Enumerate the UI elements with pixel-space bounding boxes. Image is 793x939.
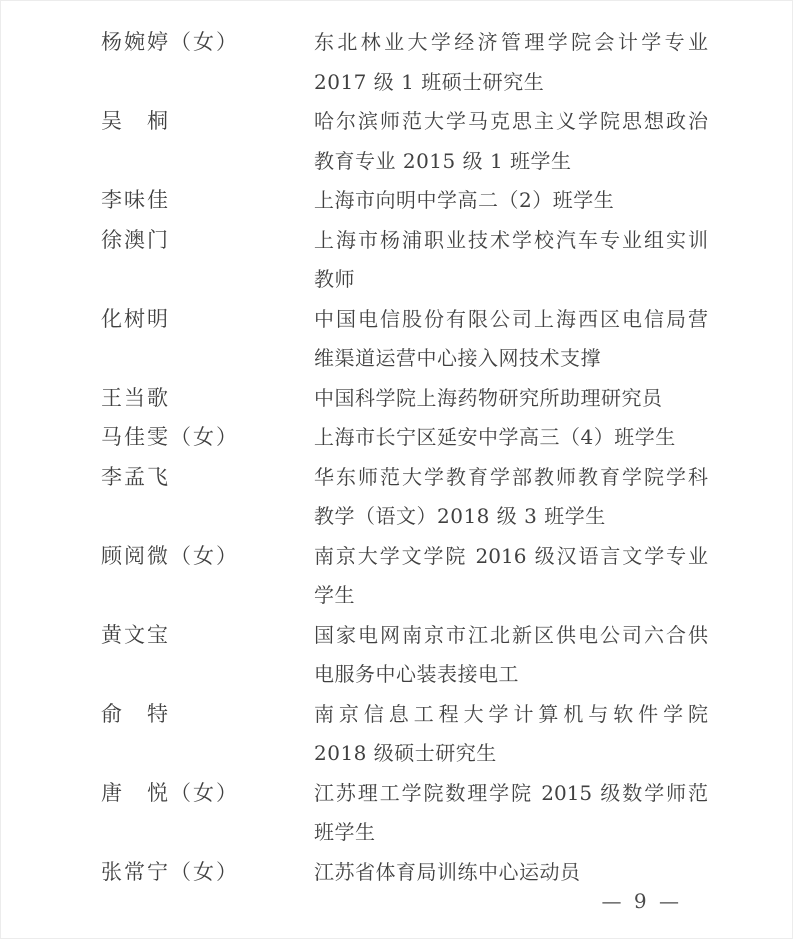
document-page: 杨婉婷（女） 东北林业大学经济管理学院会计学专业 2017 级 1 班硕士研究生… bbox=[0, 0, 793, 939]
affiliation-line: 班学生 bbox=[314, 813, 708, 853]
person-name: 化树明 bbox=[101, 300, 314, 340]
affiliation-line: 南京大学文学院 2016 级汉语言文学专业 bbox=[314, 537, 708, 577]
list-item: 杨婉婷（女） 东北林业大学经济管理学院会计学专业 2017 级 1 班硕士研究生 bbox=[101, 23, 711, 102]
person-affiliation: 东北林业大学经济管理学院会计学专业 2017 级 1 班硕士研究生 bbox=[314, 23, 708, 102]
person-affiliation: 上海市杨浦职业技术学校汽车专业组实训 教师 bbox=[314, 221, 708, 300]
affiliation-line: 上海市长宁区延安中学高三（4）班学生 bbox=[314, 418, 708, 458]
person-name: 杨婉婷（女） bbox=[101, 23, 314, 63]
list-item: 张常宁（女） 江苏省体育局训练中心运动员 bbox=[101, 853, 711, 893]
list-item: 马佳雯（女） 上海市长宁区延安中学高三（4）班学生 bbox=[101, 418, 711, 458]
list-item: 化树明 中国电信股份有限公司上海西区电信局营 维渠道运营中心接入网技术支撑 bbox=[101, 300, 711, 379]
person-name: 李孟飞 bbox=[101, 458, 314, 498]
affiliation-line: 维渠道运营中心接入网技术支撑 bbox=[314, 339, 708, 379]
affiliation-line: 东北林业大学经济管理学院会计学专业 bbox=[314, 23, 708, 63]
person-name: 黄文宝 bbox=[101, 616, 314, 656]
person-name: 徐澳门 bbox=[101, 221, 314, 261]
list-item: 吴 桐 哈尔滨师范大学马克思主义学院思想政治 教育专业 2015 级 1 班学生 bbox=[101, 102, 711, 181]
person-affiliation: 华东师范大学教育学部教师教育学院学科 教学（语文）2018 级 3 班学生 bbox=[314, 458, 708, 537]
affiliation-line: 哈尔滨师范大学马克思主义学院思想政治 bbox=[314, 102, 708, 142]
affiliation-line: 中国科学院上海药物研究所助理研究员 bbox=[314, 379, 708, 419]
affiliation-line: 2017 级 1 班硕士研究生 bbox=[314, 63, 708, 103]
affiliation-line: 2018 级硕士研究生 bbox=[314, 734, 708, 774]
affiliation-line: 江苏省体育局训练中心运动员 bbox=[314, 853, 708, 893]
affiliation-line: 教学（语文）2018 级 3 班学生 bbox=[314, 497, 708, 537]
list-item: 唐 悦（女） 江苏理工学院数理学院 2015 级数学师范 班学生 bbox=[101, 774, 711, 853]
affiliation-line: 上海市杨浦职业技术学校汽车专业组实训 bbox=[314, 221, 708, 261]
person-name: 李味佳 bbox=[101, 181, 314, 221]
list-item: 李孟飞 华东师范大学教育学部教师教育学院学科 教学（语文）2018 级 3 班学… bbox=[101, 458, 711, 537]
affiliation-line: 中国电信股份有限公司上海西区电信局营 bbox=[314, 300, 708, 340]
person-affiliation: 中国科学院上海药物研究所助理研究员 bbox=[314, 379, 708, 419]
person-affiliation: 南京信息工程大学计算机与软件学院 2018 级硕士研究生 bbox=[314, 695, 708, 774]
person-name: 张常宁（女） bbox=[101, 853, 314, 893]
recipient-list: 杨婉婷（女） 东北林业大学经济管理学院会计学专业 2017 级 1 班硕士研究生… bbox=[101, 23, 711, 892]
affiliation-line: 上海市向明中学高二（2）班学生 bbox=[314, 181, 708, 221]
list-item: 王当歌 中国科学院上海药物研究所助理研究员 bbox=[101, 379, 711, 419]
person-name: 俞 特 bbox=[101, 695, 314, 735]
person-name: 马佳雯（女） bbox=[101, 418, 314, 458]
affiliation-line: 江苏理工学院数理学院 2015 级数学师范 bbox=[314, 774, 708, 814]
person-affiliation: 江苏省体育局训练中心运动员 bbox=[314, 853, 708, 893]
person-name: 顾阅微（女） bbox=[101, 537, 314, 577]
person-affiliation: 南京大学文学院 2016 级汉语言文学专业 学生 bbox=[314, 537, 708, 616]
affiliation-line: 教育专业 2015 级 1 班学生 bbox=[314, 142, 708, 182]
list-item: 俞 特 南京信息工程大学计算机与软件学院 2018 级硕士研究生 bbox=[101, 695, 711, 774]
person-affiliation: 上海市长宁区延安中学高三（4）班学生 bbox=[314, 418, 708, 458]
person-affiliation: 上海市向明中学高二（2）班学生 bbox=[314, 181, 708, 221]
person-affiliation: 江苏理工学院数理学院 2015 级数学师范 班学生 bbox=[314, 774, 708, 853]
person-affiliation: 国家电网南京市江北新区供电公司六合供 电服务中心装表接电工 bbox=[314, 616, 708, 695]
affiliation-line: 学生 bbox=[314, 576, 708, 616]
list-item: 李味佳 上海市向明中学高二（2）班学生 bbox=[101, 181, 711, 221]
page-number: — 9 — bbox=[602, 889, 682, 913]
affiliation-line: 南京信息工程大学计算机与软件学院 bbox=[314, 695, 708, 735]
list-item: 黄文宝 国家电网南京市江北新区供电公司六合供 电服务中心装表接电工 bbox=[101, 616, 711, 695]
person-name: 王当歌 bbox=[101, 379, 314, 419]
affiliation-line: 电服务中心装表接电工 bbox=[314, 655, 708, 695]
person-affiliation: 哈尔滨师范大学马克思主义学院思想政治 教育专业 2015 级 1 班学生 bbox=[314, 102, 708, 181]
affiliation-line: 华东师范大学教育学部教师教育学院学科 bbox=[314, 458, 708, 498]
affiliation-line: 教师 bbox=[314, 260, 708, 300]
person-name: 吴 桐 bbox=[101, 102, 314, 142]
person-name: 唐 悦（女） bbox=[101, 774, 314, 814]
person-affiliation: 中国电信股份有限公司上海西区电信局营 维渠道运营中心接入网技术支撑 bbox=[314, 300, 708, 379]
list-item: 顾阅微（女） 南京大学文学院 2016 级汉语言文学专业 学生 bbox=[101, 537, 711, 616]
list-item: 徐澳门 上海市杨浦职业技术学校汽车专业组实训 教师 bbox=[101, 221, 711, 300]
affiliation-line: 国家电网南京市江北新区供电公司六合供 bbox=[314, 616, 708, 656]
